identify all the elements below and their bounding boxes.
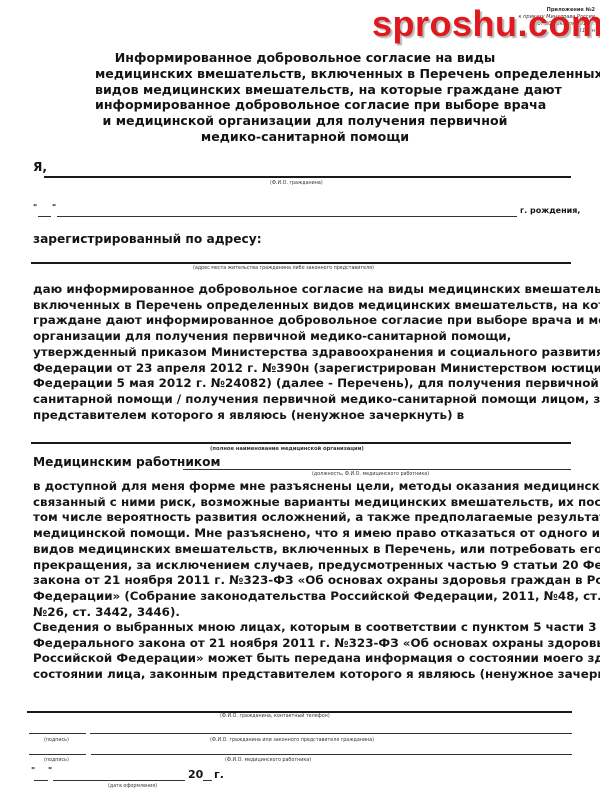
text-line: даю информированное добровольное согласи… — [33, 282, 570, 298]
organization-field[interactable] — [31, 442, 571, 444]
watermark-logo: sproshu.com — [372, 4, 600, 44]
citizen-name-field[interactable] — [90, 733, 572, 734]
title-line: Информированное добровольное согласие на… — [95, 50, 515, 66]
citizen-signature-field[interactable] — [29, 733, 86, 734]
text-line: прекращения, за исключением случаев, пре… — [33, 558, 570, 574]
worker-caption: (должность, Ф.И.О. медицинского работник… — [312, 472, 429, 477]
i-label: Я, — [33, 160, 47, 174]
text-line: санитарной помощи / получения первичной … — [33, 392, 570, 408]
title-line: видов медицинских вмешательств, на котор… — [95, 82, 515, 98]
date-caption: (дата оформления) — [108, 784, 157, 789]
date-month-field[interactable] — [53, 780, 185, 781]
text-line: Федерации 5 мая 2012 г. №24082) (далее -… — [33, 376, 570, 392]
text-line: закона от 21 ноября 2011 г. №323-ФЗ «Об … — [33, 573, 570, 589]
text-line: утвержденный приказом Министерства здрав… — [33, 345, 570, 361]
worker-label: Медицинским работником — [33, 455, 220, 469]
title-line: медико-санитарной помощи — [95, 129, 515, 145]
text-line: Российской Федерации» может быть передан… — [33, 651, 570, 667]
birth-quote-open: " — [33, 203, 37, 212]
text-line: состоянии лица, законным представителем … — [33, 667, 570, 683]
text-line: Сведения о выбранных мною лицах, которым… — [33, 620, 570, 636]
date-year-prefix: 20 — [188, 768, 203, 781]
date-quote-open: " — [31, 766, 35, 775]
worker-field[interactable] — [183, 469, 571, 470]
date-day-field[interactable] — [34, 780, 48, 781]
text-line: организации для получения первичной меди… — [33, 329, 570, 345]
text-line: Федерального закона от 21 ноября 2011 г.… — [33, 636, 570, 652]
consent-paragraph: даю информированное добровольное согласи… — [33, 282, 570, 423]
birth-quote-close: " — [52, 203, 56, 212]
birth-suffix: г. рождения, — [520, 206, 580, 215]
explanation-paragraph: в доступной для меня форме мне разъяснен… — [33, 479, 570, 620]
document-title: Информированное добровольное согласие на… — [95, 50, 515, 145]
birth-year-field[interactable] — [57, 216, 517, 217]
signature-caption-1: (подпись) — [44, 738, 69, 743]
date-quote-close: " — [48, 766, 52, 775]
title-line: и медицинской организации для получения … — [95, 113, 515, 129]
contact-field[interactable] — [27, 711, 572, 713]
text-line: включенных в Перечень определенных видов… — [33, 298, 570, 314]
text-line: представителем которого я являюсь (ненуж… — [33, 408, 570, 424]
date-year-field[interactable] — [203, 780, 212, 781]
text-line: медицинской помощи. Мне разъяснено, что … — [33, 526, 570, 542]
title-line: медицинских вмешательств, включенных в П… — [95, 66, 515, 82]
address-field[interactable] — [31, 262, 571, 264]
birth-day-field[interactable] — [38, 216, 51, 217]
text-line: связанный с ними риск, возможные вариант… — [33, 495, 570, 511]
date-year-suffix: г. — [214, 768, 224, 781]
worker-signature-field[interactable] — [29, 754, 86, 755]
text-line: видов медицинских вмешательств, включенн… — [33, 542, 570, 558]
title-line: информированное добровольное согласие пр… — [95, 97, 515, 113]
worker-name-caption: (Ф.И.О. медицинского работника) — [225, 758, 311, 763]
worker-name-field[interactable] — [91, 754, 572, 755]
signature-caption-2: (подпись) — [44, 758, 69, 763]
citizen-name-caption: (Ф.И.О. гражданина или законного предста… — [210, 738, 374, 743]
address-caption: (адрес места жительства гражданина либо … — [193, 266, 374, 271]
organization-caption: (полное наименование медицинской организ… — [210, 446, 364, 452]
fio-caption: (Ф.И.О. гражданина) — [270, 181, 323, 186]
fio-field[interactable] — [44, 176, 571, 178]
text-line: Федерации от 23 апреля 2012 г. №390н (за… — [33, 361, 570, 377]
information-persons-paragraph: Сведения о выбранных мною лицах, которым… — [33, 620, 570, 683]
contact-caption: (Ф.И.О. гражданина, контактный телефон) — [220, 714, 330, 719]
text-line: в доступной для меня форме мне разъяснен… — [33, 479, 570, 495]
address-label: зарегистрированный по адресу: — [33, 232, 262, 246]
text-line: граждане дают информированное добровольн… — [33, 313, 570, 329]
text-line: Федерации» (Собрание законодательства Ро… — [33, 589, 570, 605]
text-line: том числе вероятность развития осложнени… — [33, 510, 570, 526]
text-line: №26, ст. 3442, 3446). — [33, 605, 570, 621]
